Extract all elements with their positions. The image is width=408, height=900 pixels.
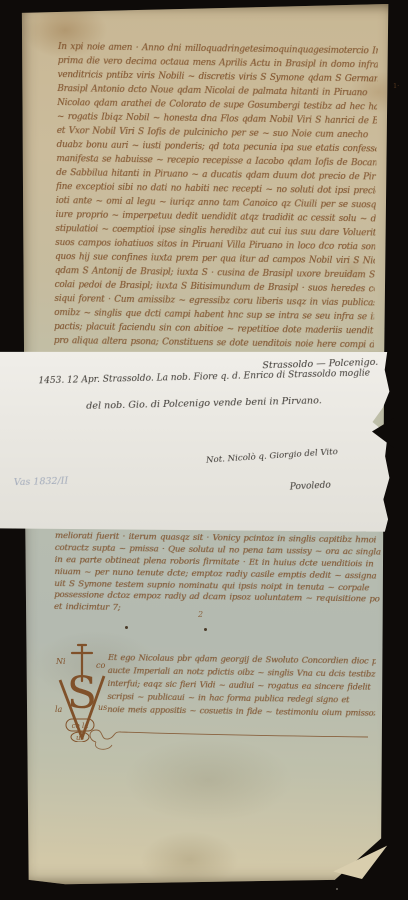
ink-speck bbox=[204, 628, 207, 631]
manuscript-upper-text: In xpi noie amen · Anno dni milloquadrin… bbox=[54, 40, 378, 352]
notary-sign-letter-la: la bbox=[55, 705, 63, 714]
archivist-slip: Strassoldo — Polcenigo. 1453. 12 Apr. St… bbox=[0, 350, 394, 532]
margin-mark: 1· bbox=[393, 82, 399, 90]
notary-sign-letter-us: us bbox=[98, 703, 107, 712]
slip-notary-place: Povoledo bbox=[290, 481, 331, 493]
notary-sign-letter-ni: Ni bbox=[55, 657, 66, 666]
notary-subscription-text: Et ego Nicolaus pbr qdam georgij de Swol… bbox=[107, 651, 376, 720]
slip-shelfmark: Vas 1832/II bbox=[14, 476, 69, 489]
photo-background: In xpi noie amen · Anno dni milloquadrin… bbox=[0, 0, 408, 900]
notary-sign-big-letter: S bbox=[67, 668, 97, 719]
slip-summary-line-1: 1453. 12 Apr. Strassoldo. La nob. Fiore … bbox=[38, 368, 370, 387]
notary-sign-letter-co: co bbox=[96, 661, 105, 670]
interline-mark: 2 bbox=[198, 610, 203, 619]
dust-speck bbox=[336, 888, 338, 890]
manuscript-middle-text: meliorati fuerit · iterum quasqz sit · V… bbox=[54, 531, 381, 619]
slip-notary-signature: Not. Nicolò q. Giorgio del Vito bbox=[206, 447, 338, 466]
slip-summary-line-2: del nob. Gio. di Polcenigo vende beni in… bbox=[86, 395, 322, 412]
ink-speck bbox=[125, 626, 128, 629]
notary-flourish-line bbox=[84, 726, 376, 752]
